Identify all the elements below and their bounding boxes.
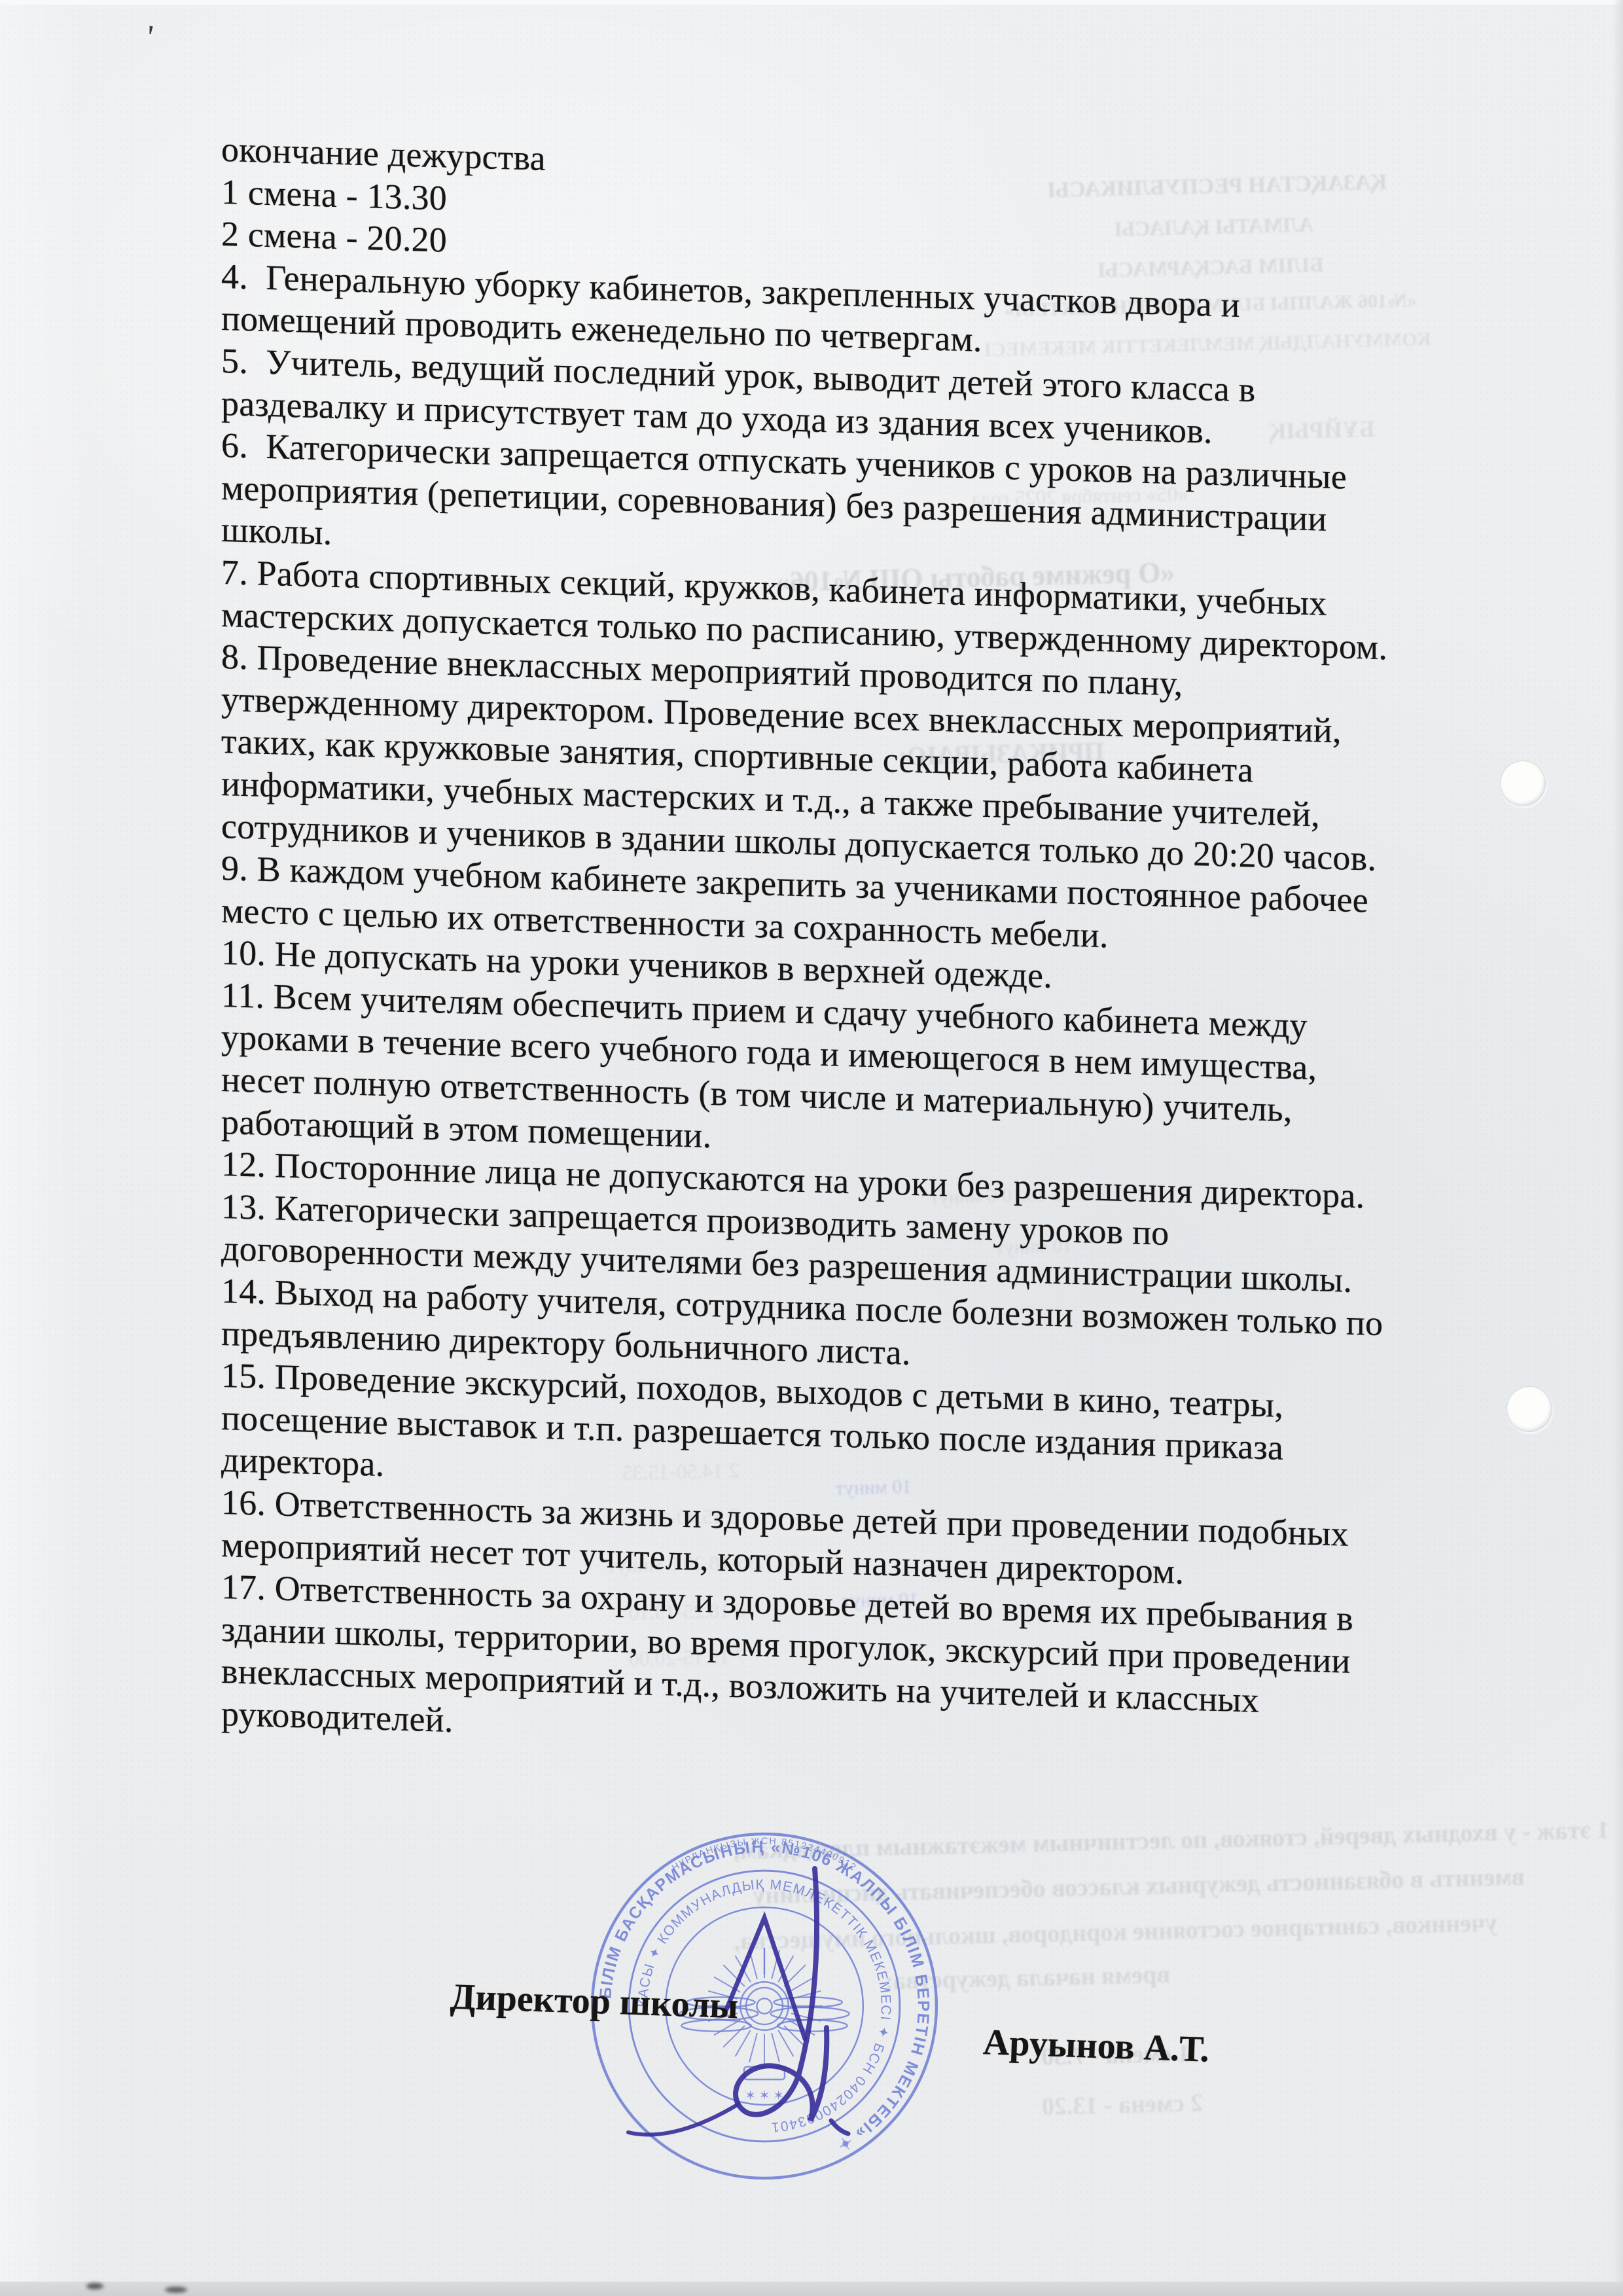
scan-edge-right <box>1613 0 1623 2296</box>
director-title-label: Директор школы <box>450 1976 739 2028</box>
document-body-text: окончание дежурства 1 смена - 13.30 2 см… <box>221 128 1576 1773</box>
scanned-document-page: ҚАЗАҚСТАН РЕСПУБЛИКАСЫАЛМАТЫ ҚАЛАСЫБІЛІМ… <box>0 0 1623 2296</box>
director-name-label: Аруынов А.Т. <box>982 2021 1210 2070</box>
scan-smudge <box>165 2287 187 2293</box>
scan-edge-top <box>0 0 1623 5</box>
scan-edge-bottom <box>0 2282 1623 2296</box>
stray-mark: ' <box>144 18 155 58</box>
scan-smudge <box>86 2283 103 2289</box>
